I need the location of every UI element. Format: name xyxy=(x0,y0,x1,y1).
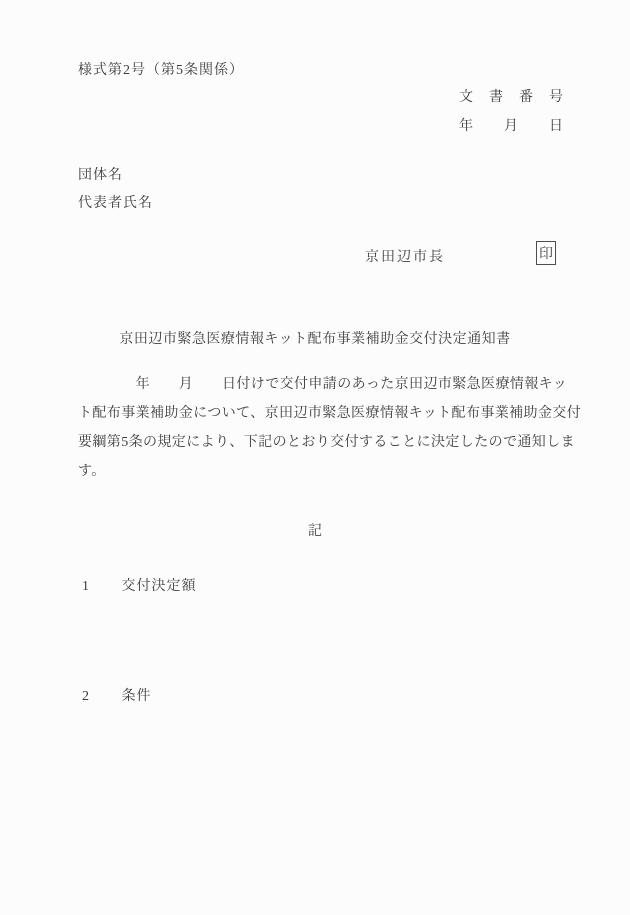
document-header-right: 文 書 番 号 年 月 日 xyxy=(459,86,564,135)
form-number-label: 様式第2号（第5条関係） xyxy=(78,59,244,79)
body-line: す。 xyxy=(78,457,578,486)
body-line: 年 月 日付けで交付申請のあった京田辺市緊急医療情報キッ xyxy=(78,370,578,399)
item-label: 交付決定額 xyxy=(122,575,197,595)
body-paragraph: 年 月 日付けで交付申請のあった京田辺市緊急医療情報キッ ト配布事業補助金につい… xyxy=(78,370,578,486)
document-title: 京田辺市緊急医療情報キット配布事業補助金交付決定通知書 xyxy=(0,328,630,348)
item-conditions: 2 条件 xyxy=(82,685,152,705)
item-grant-decision-amount: 1 交付決定額 xyxy=(82,575,197,595)
item-number: 1 xyxy=(82,579,89,595)
representative-name-label: 代表者氏名 xyxy=(78,192,153,212)
seal-character: 印 xyxy=(539,243,553,263)
doc-number-label: 文 書 番 号 xyxy=(459,86,564,106)
record-section-marker: 記 xyxy=(0,520,630,540)
item-number: 2 xyxy=(82,689,89,705)
mayor-title: 京田辺市長 xyxy=(365,246,445,266)
body-line: ト配布事業補助金について、京田辺市緊急医療情報キット配布事業補助金交付 xyxy=(78,399,578,428)
seal-box: 印 xyxy=(536,241,556,265)
document-page: 様式第2号（第5条関係） 文 書 番 号 年 月 日 団体名 代表者氏名 京田辺… xyxy=(0,0,630,915)
organization-name-label: 団体名 xyxy=(78,164,123,184)
item-label: 条件 xyxy=(122,685,152,705)
date-line: 年 月 日 xyxy=(459,115,564,135)
body-line: 要綱第5条の規定により、下記のとおり交付することに決定したので通知しま xyxy=(78,428,578,457)
